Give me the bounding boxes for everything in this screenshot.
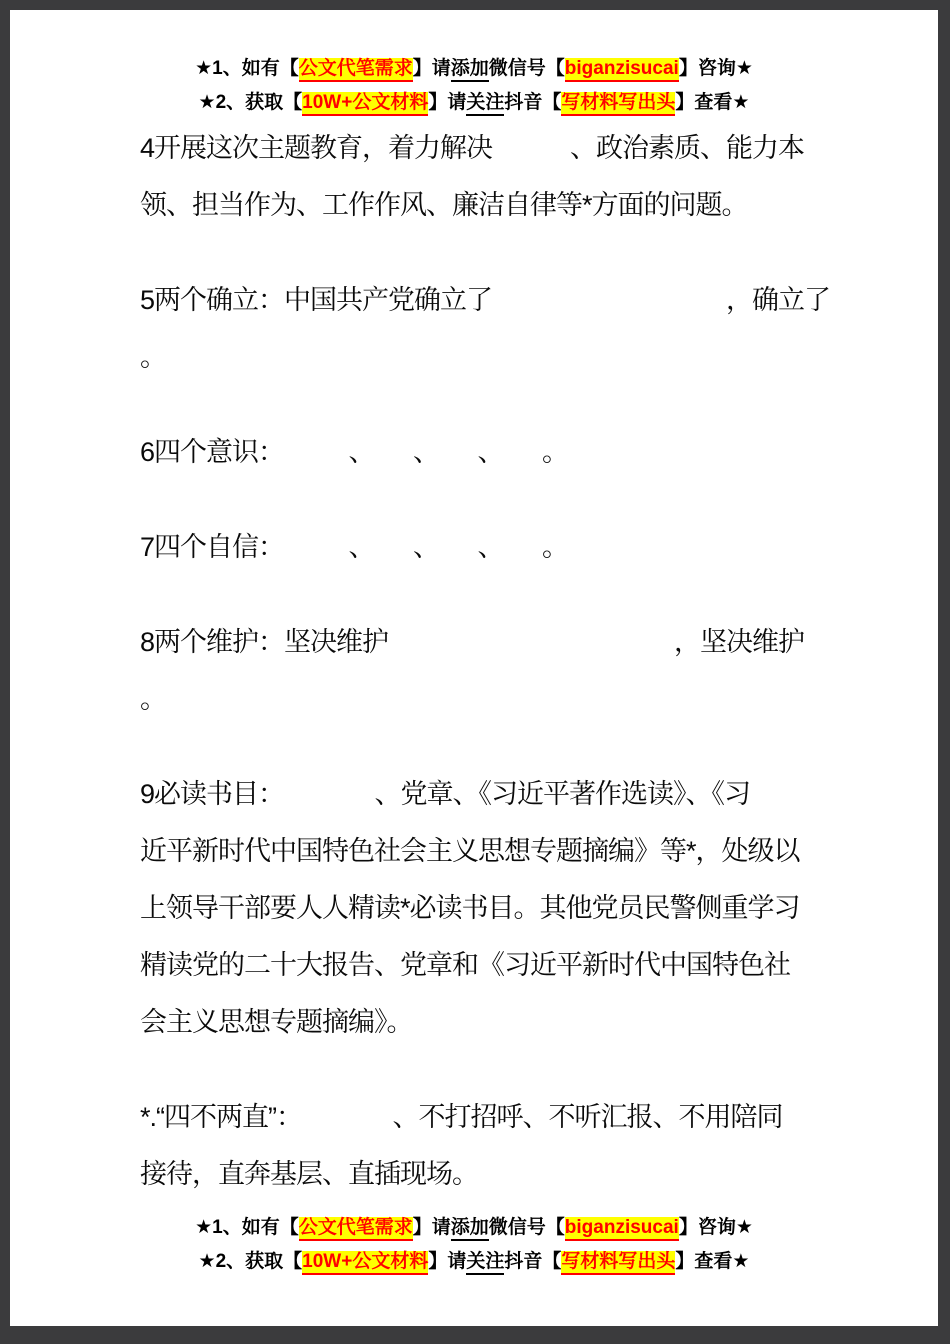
promo-highlight: biganzisucai (565, 1217, 679, 1241)
text-line: 7四个自信： 、 、 、 。 (140, 519, 918, 576)
promo-text: 】请 (413, 1217, 451, 1238)
document-body: 4开展这次主题教育，着力解决 、政治素质、能力本领、担当作为、工作作风、廉洁自律… (10, 120, 938, 1203)
paragraph-item-7: 7四个自信： 、 、 、 。 (140, 519, 918, 576)
promo-banner-top: ★1、如有【公文代笔需求】请添加微信号【biganzisucai】咨询★★2、获… (10, 52, 938, 120)
promo-text: 】查看★ (675, 92, 749, 113)
promo-text: ★1、如有【 (195, 1217, 299, 1238)
text-line: 近平新时代中国特色社会主义思想专题摘编》等*，处级以 (140, 823, 918, 880)
promo-text: 微信号【 (489, 58, 565, 79)
text-line: 上领导干部要人人精读*必读书目。其他党员民警侧重学习 (140, 880, 918, 937)
promo-text: ★2、获取【 (199, 92, 303, 113)
promo-highlight: 公文代笔需求 (299, 1217, 413, 1241)
promo-text: 关注 (466, 92, 504, 116)
paragraph-item-6: 6四个意识： 、 、 、 。 (140, 424, 918, 481)
paragraph-item-9: 9必读书目： 、党章、《习近平著作选读》、《习近平新时代中国特色社会主义思想专题… (140, 766, 918, 1051)
promo-highlight: 10W+公文材料 (302, 1251, 428, 1275)
text-line: 8两个维护：坚决维护 ，坚决维护 (140, 614, 918, 671)
promo-banner-bottom: ★1、如有【公文代笔需求】请添加微信号【biganzisucai】咨询★★2、获… (10, 1211, 938, 1279)
promo-highlight: biganzisucai (565, 58, 679, 82)
promo-text: ★2、获取【 (199, 1251, 303, 1272)
promo-line-2: ★2、获取【10W+公文材料】请关注抖音【写材料写出头】查看★ (10, 1245, 938, 1279)
promo-text: 抖音【 (504, 1251, 561, 1272)
promo-text: 】咨询★ (679, 1217, 753, 1238)
promo-text: 】请 (428, 92, 466, 113)
text-line: 5两个确立：中国共产党确立了 ，确立了 (140, 272, 918, 329)
text-line: 。 (140, 671, 918, 728)
promo-text: 抖音【 (504, 92, 561, 113)
text-line: *.“四不两直”： 、不打招呼、不听汇报、不用陪同 (140, 1089, 918, 1146)
promo-line-1: ★1、如有【公文代笔需求】请添加微信号【biganzisucai】咨询★ (10, 52, 938, 86)
promo-text: 添加 (451, 58, 489, 82)
document-page: ★1、如有【公文代笔需求】请添加微信号【biganzisucai】咨询★★2、获… (10, 10, 938, 1326)
text-line: 接待，直奔基层、直插现场。 (140, 1146, 918, 1203)
paragraph-footnote: *.“四不两直”： 、不打招呼、不听汇报、不用陪同接待，直奔基层、直插现场。 (140, 1089, 918, 1203)
promo-text: 】请 (413, 58, 451, 79)
promo-highlight: 写材料写出头 (561, 1251, 675, 1275)
text-line: 6四个意识： 、 、 、 。 (140, 424, 918, 481)
promo-text: 微信号【 (489, 1217, 565, 1238)
promo-highlight: 10W+公文材料 (302, 92, 428, 116)
text-line: 9必读书目： 、党章、《习近平著作选读》、《习 (140, 766, 918, 823)
promo-line-2: ★2、获取【10W+公文材料】请关注抖音【写材料写出头】查看★ (10, 86, 938, 120)
text-line: 4开展这次主题教育，着力解决 、政治素质、能力本 (140, 120, 918, 177)
paragraph-item-8: 8两个维护：坚决维护 ，坚决维护。 (140, 614, 918, 728)
promo-highlight: 写材料写出头 (561, 92, 675, 116)
promo-text: 关注 (466, 1251, 504, 1275)
promo-text: ★1、如有【 (195, 58, 299, 79)
promo-text: 】请 (428, 1251, 466, 1272)
paragraph-item-5: 5两个确立：中国共产党确立了 ，确立了。 (140, 272, 918, 386)
text-line: 会主义思想专题摘编》。 (140, 994, 918, 1051)
text-line: 。 (140, 329, 918, 386)
text-line: 领、担当作为、工作作风、廉洁自律等*方面的问题。 (140, 177, 918, 234)
text-line: 精读党的二十大报告、党章和《习近平新时代中国特色社 (140, 937, 918, 994)
promo-highlight: 公文代笔需求 (299, 58, 413, 82)
promo-text: 添加 (451, 1217, 489, 1241)
promo-line-1: ★1、如有【公文代笔需求】请添加微信号【biganzisucai】咨询★ (10, 1211, 938, 1245)
promo-text: 】咨询★ (679, 58, 753, 79)
paragraph-item-4: 4开展这次主题教育，着力解决 、政治素质、能力本领、担当作为、工作作风、廉洁自律… (140, 120, 918, 234)
promo-text: 】查看★ (675, 1251, 749, 1272)
